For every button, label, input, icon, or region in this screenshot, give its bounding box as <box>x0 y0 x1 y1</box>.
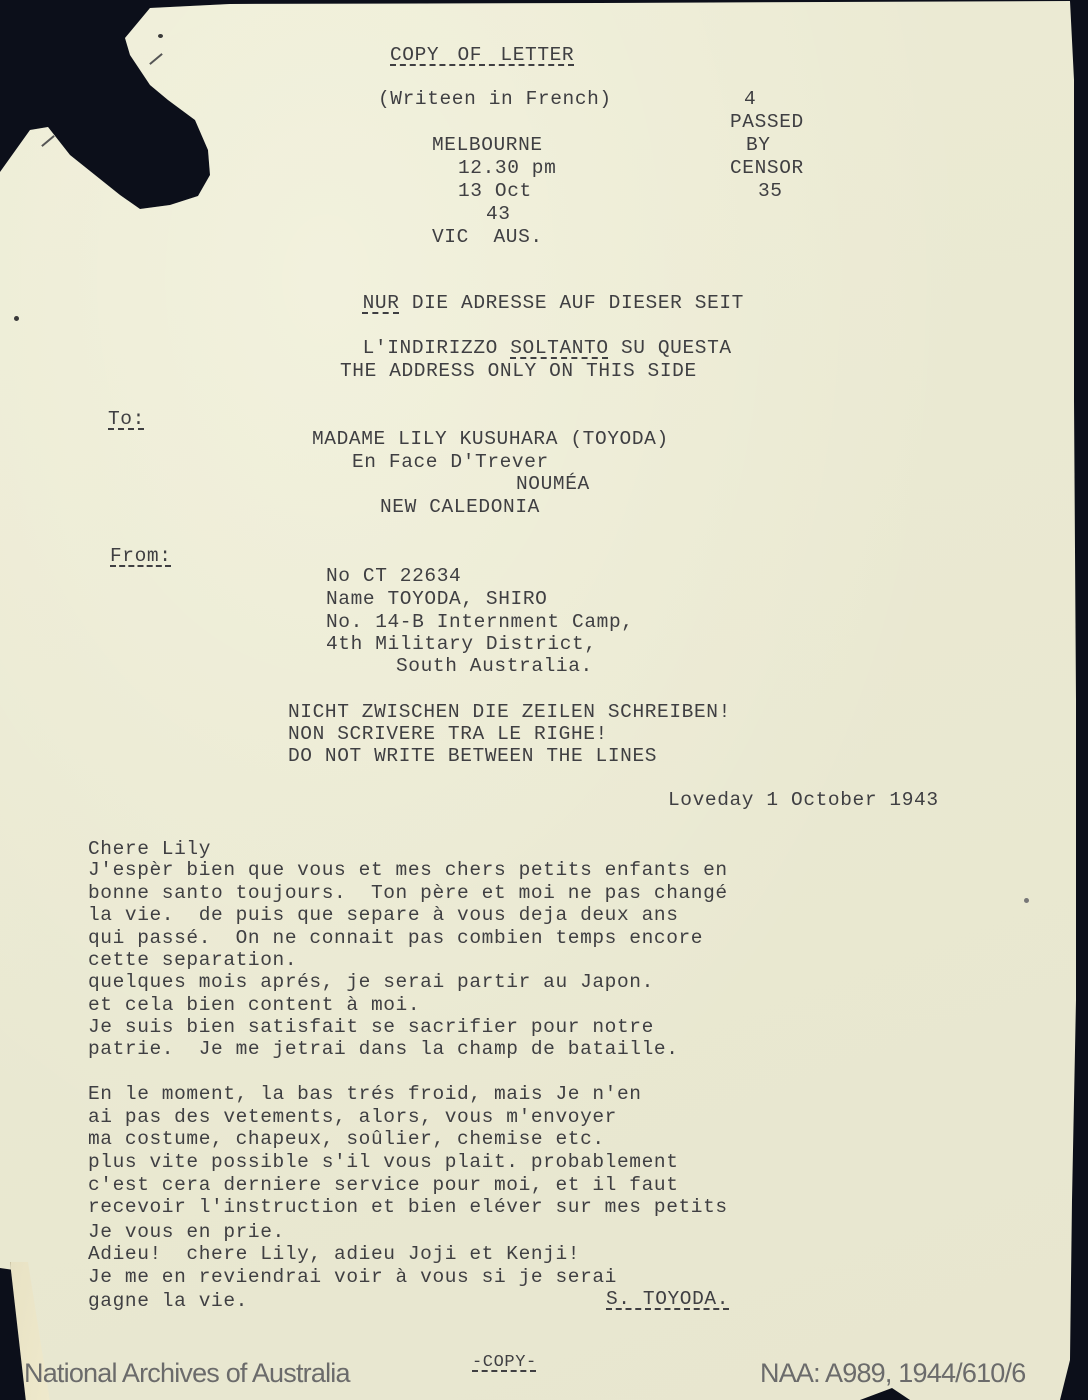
letter-line: J'espèr bien que vous et mes chers petit… <box>88 859 728 881</box>
letter-line: Je me en reviendrai voir à vous si je se… <box>88 1266 617 1288</box>
ink-speck <box>14 316 19 321</box>
letter-line: Adieu! chere Lily, adieu Joji et Kenji! <box>88 1243 580 1265</box>
language-note: (Writeen in French) <box>378 88 612 110</box>
copy-mark: -COPY- <box>472 1352 537 1374</box>
instruction-italian-prefix: L'INDIRIZZO <box>363 337 511 359</box>
from-label: From: <box>110 545 172 567</box>
censor-number-top: 4 <box>744 88 756 110</box>
letter-line: Je vous en prie. <box>88 1221 285 1243</box>
letter-line: cette separation. <box>88 949 297 971</box>
sender-district: 4th Military District, <box>326 633 597 655</box>
salutation: Chere Lily <box>88 838 211 860</box>
letter-line: et cela bien content à moi. <box>88 994 420 1016</box>
letter-line: c'est cera derniere service pour moi, et… <box>88 1174 679 1196</box>
letter-line: En le moment, la bas trés froid, mais Je… <box>88 1083 642 1105</box>
censor-number-bottom: 35 <box>758 180 783 202</box>
document-title: COPY OF LETTER <box>390 44 574 66</box>
recipient-line2: En Face D'Trever <box>352 451 549 473</box>
ink-speck <box>158 34 163 38</box>
instruction-german-rest: DIE ADRESSE AUF DIESER SEIT <box>400 292 744 314</box>
warning-english: DO NOT WRITE BETWEEN THE LINES <box>288 745 657 767</box>
censor-by: BY <box>746 134 771 156</box>
letter-line: quelques mois aprés, je serai partir au … <box>88 971 654 993</box>
instruction-english: THE ADDRESS ONLY ON THIS SIDE <box>340 360 697 382</box>
ink-speck <box>1024 898 1029 903</box>
instruction-german: NUR DIE ADRESSE AUF DIESER SEIT <box>338 270 744 314</box>
postmark-city: MELBOURNE <box>432 134 543 156</box>
postmark-date: 13 Oct <box>458 180 532 202</box>
warning-italian: NON SCRIVERE TRA LE RIGHE! <box>288 723 608 745</box>
to-label: To: <box>108 408 145 430</box>
letter-line: recevoir l'instruction et bien eléver su… <box>88 1196 728 1218</box>
letter-line: bonne santo toujours. Ton père et moi ne… <box>88 882 728 904</box>
letter-line: qui passé. On ne connait pas combien tem… <box>88 927 703 949</box>
postmark-time: 12.30 pm <box>458 157 556 179</box>
letter-line: patrie. Je me jetrai dans la champ de ba… <box>88 1038 679 1060</box>
archive-institution: National Archives of Australia <box>24 1358 350 1389</box>
recipient-name: MADAME LILY KUSUHARA (TOYODA) <box>312 428 669 450</box>
postmark-region: VIC AUS. <box>432 226 543 248</box>
archive-reference: NAA: A989, 1944/610/6 <box>760 1358 1025 1389</box>
instruction-italian: L'INDIRIZZO SOLTANTO SU QUESTA <box>338 315 732 359</box>
censor-censor: CENSOR <box>730 157 804 179</box>
letter-line: gagne la vie. <box>88 1290 248 1312</box>
censor-passed: PASSED <box>730 111 804 133</box>
letter-line: Je suis bien satisfait se sacrifier pour… <box>88 1016 654 1038</box>
sender-camp: No. 14-B Internment Camp, <box>326 611 634 633</box>
warning-german: NICHT ZWISCHEN DIE ZEILEN SCHREIBEN! <box>288 701 731 723</box>
instruction-german-underlined: NUR <box>363 292 400 314</box>
letter-line: la vie. de puis que separe à vous deja d… <box>88 904 679 926</box>
signature: S. TOYODA. <box>606 1288 729 1310</box>
sender-state: South Australia. <box>396 655 593 677</box>
dateline: Loveday 1 October 1943 <box>668 789 939 811</box>
letter-line: plus vite possible s'il vous plait. prob… <box>88 1151 679 1173</box>
sender-name: Name TOYODA, SHIRO <box>326 588 547 610</box>
letter-line: ai pas des vetements, alors, vous m'envo… <box>88 1106 617 1128</box>
sender-number: No CT 22634 <box>326 565 461 587</box>
recipient-country: NEW CALEDONIA <box>380 496 540 518</box>
postmark-year: 43 <box>486 203 511 225</box>
recipient-city: NOUMÉA <box>516 473 590 495</box>
letter-line: ma costume, chapeux, soûlier, chemise et… <box>88 1128 605 1150</box>
instruction-italian-underlined: SOLTANTO <box>510 337 608 359</box>
instruction-italian-rest: SU QUESTA <box>609 337 732 359</box>
